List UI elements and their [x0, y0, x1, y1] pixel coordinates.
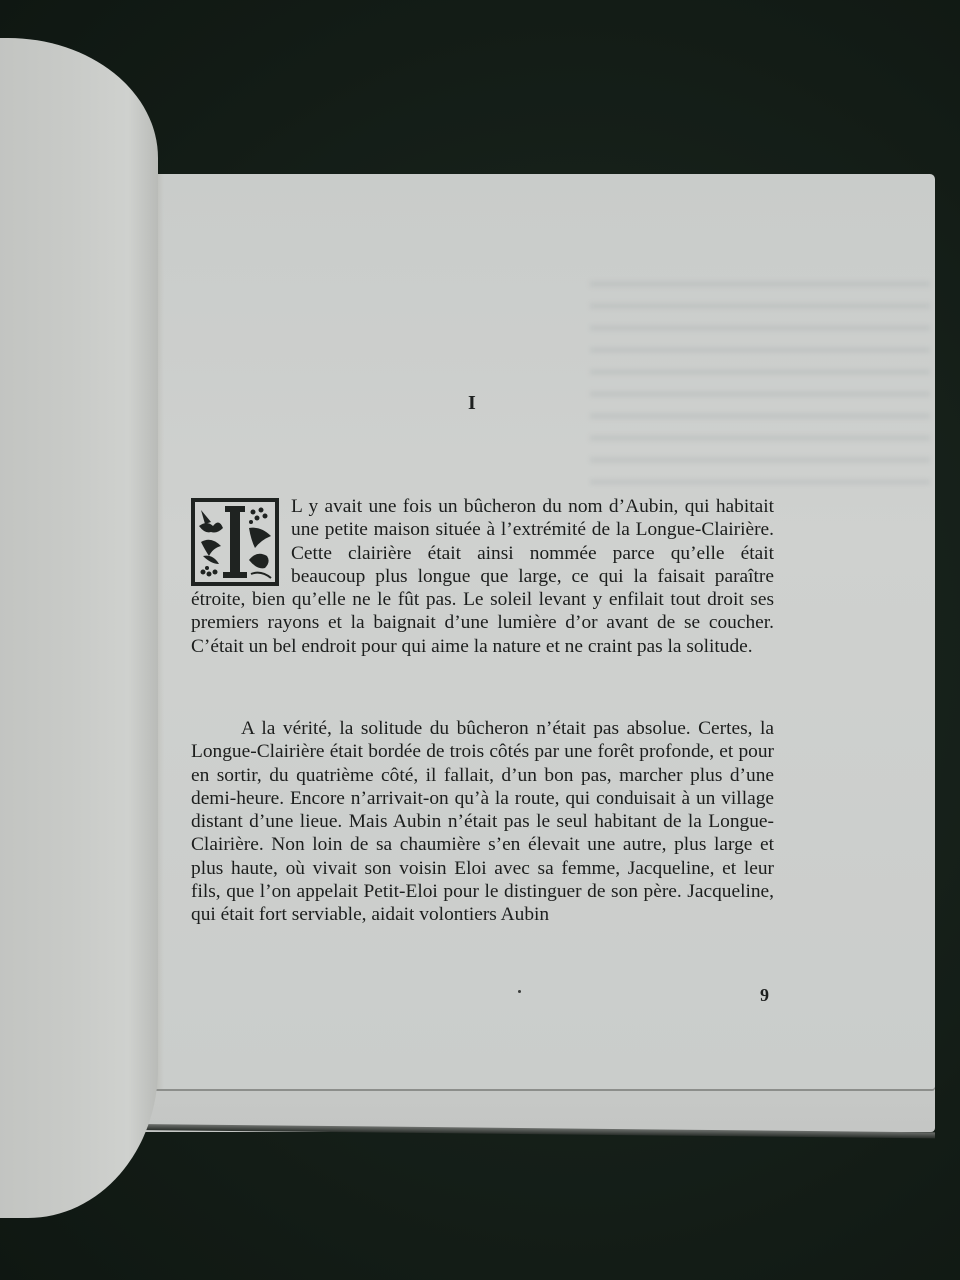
paragraph-1: L y avait une fois un bûcheron du nom d’…	[191, 495, 774, 705]
page-number: 9	[760, 985, 769, 1006]
paragraph-2: A la vérité, la solitude du bûcheron n’é…	[191, 717, 774, 927]
left-page-curl	[0, 38, 158, 1218]
chapter-heading: I	[468, 392, 476, 415]
body-text: L y avait une fois un bûcheron du nom d’…	[191, 495, 774, 927]
woodcut-letter-i-icon	[191, 498, 279, 586]
paper-speck	[518, 990, 521, 993]
drop-cap-ornament-icon	[191, 498, 279, 586]
show-through-text	[590, 265, 930, 495]
